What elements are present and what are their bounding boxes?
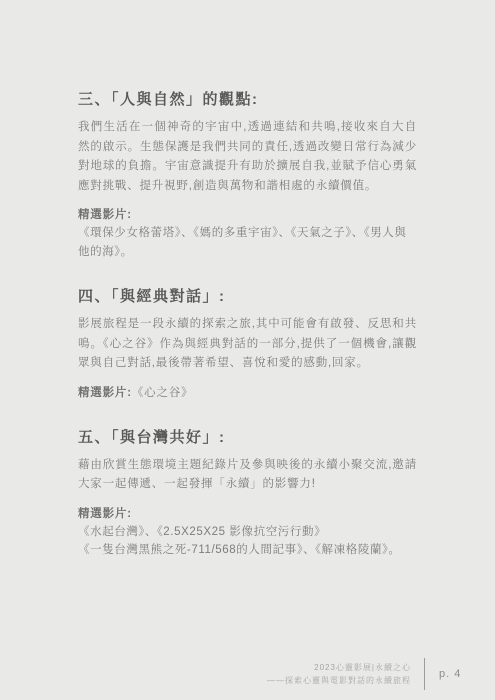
section-heading: 四、「與經典對話」: — [78, 285, 417, 306]
featured-films-label: 精選影片: — [78, 506, 417, 523]
page-number: p. 4 — [439, 668, 469, 680]
featured-films-label: 精選影片:《心之谷》 — [78, 385, 417, 402]
featured-films-label-text: 精選影片: — [78, 387, 132, 399]
featured-films-label: 精選影片: — [78, 207, 417, 224]
footer-title-line2: ——探索心靈與電影對話的永續旅程 — [267, 674, 411, 687]
section-human-and-nature: 三、「人與自然」的觀點: 我們生活在一個神奇的宇宙中,透過連結和共鳴,接收來自大… — [78, 88, 417, 261]
section-body-text: 我們生活在一個神奇的宇宙中,透過連結和共鳴,接收來自大自然的啟示。生態保護是我們… — [78, 118, 417, 196]
document-page: 三、「人與自然」的觀點: 我們生活在一個神奇的宇宙中,透過連結和共鳴,接收來自大… — [0, 0, 495, 700]
film-list-line: 《水起台灣》、《2.5X25X25 影像抗空污行動》 — [78, 523, 417, 542]
section-dialogue-with-classics: 四、「與經典對話」: 影展旅程是一段永續的探索之旅,其中可能會有啟發、反思和共鳴… — [78, 285, 417, 402]
footer-title-line1: 2023心靈影展|永續之心 — [267, 661, 411, 674]
film-list-line: 《環保少女格蕾塔》、《媽的多重宇宙》、《天氣之子》、《男人與他的海》。 — [78, 224, 417, 261]
page-content: 三、「人與自然」的觀點: 我們生活在一個神奇的宇宙中,透過連結和共鳴,接收來自大… — [0, 0, 495, 560]
section-good-with-taiwan: 五、「與台灣共好」: 藉由欣賞生態環境主題紀錄片及參與映後的永續小聚交流,邀請大… — [78, 426, 417, 560]
footer-divider — [424, 658, 425, 690]
film-title-inline: 《心之谷》 — [132, 387, 194, 399]
section-heading: 五、「與台灣共好」: — [78, 426, 417, 447]
section-heading: 三、「人與自然」的觀點: — [78, 88, 417, 109]
footer-event-title: 2023心靈影展|永續之心 ——探索心靈與電影對話的永續旅程 — [267, 661, 411, 687]
page-footer: 2023心靈影展|永續之心 ——探索心靈與電影對話的永續旅程 p. 4 — [0, 648, 495, 700]
section-body-text: 影展旅程是一段永續的探索之旅,其中可能會有啟發、反思和共鳴。《心之谷》作為與經典… — [78, 315, 417, 374]
section-body-text: 藉由欣賞生態環境主題紀錄片及參與映後的永續小聚交流,邀請大家一起傳遞、一起發揮「… — [78, 456, 417, 495]
film-list-line: 《一隻台灣黑熊之死-711/568的人間記事》、《解凍格陵蘭》。 — [78, 541, 417, 560]
